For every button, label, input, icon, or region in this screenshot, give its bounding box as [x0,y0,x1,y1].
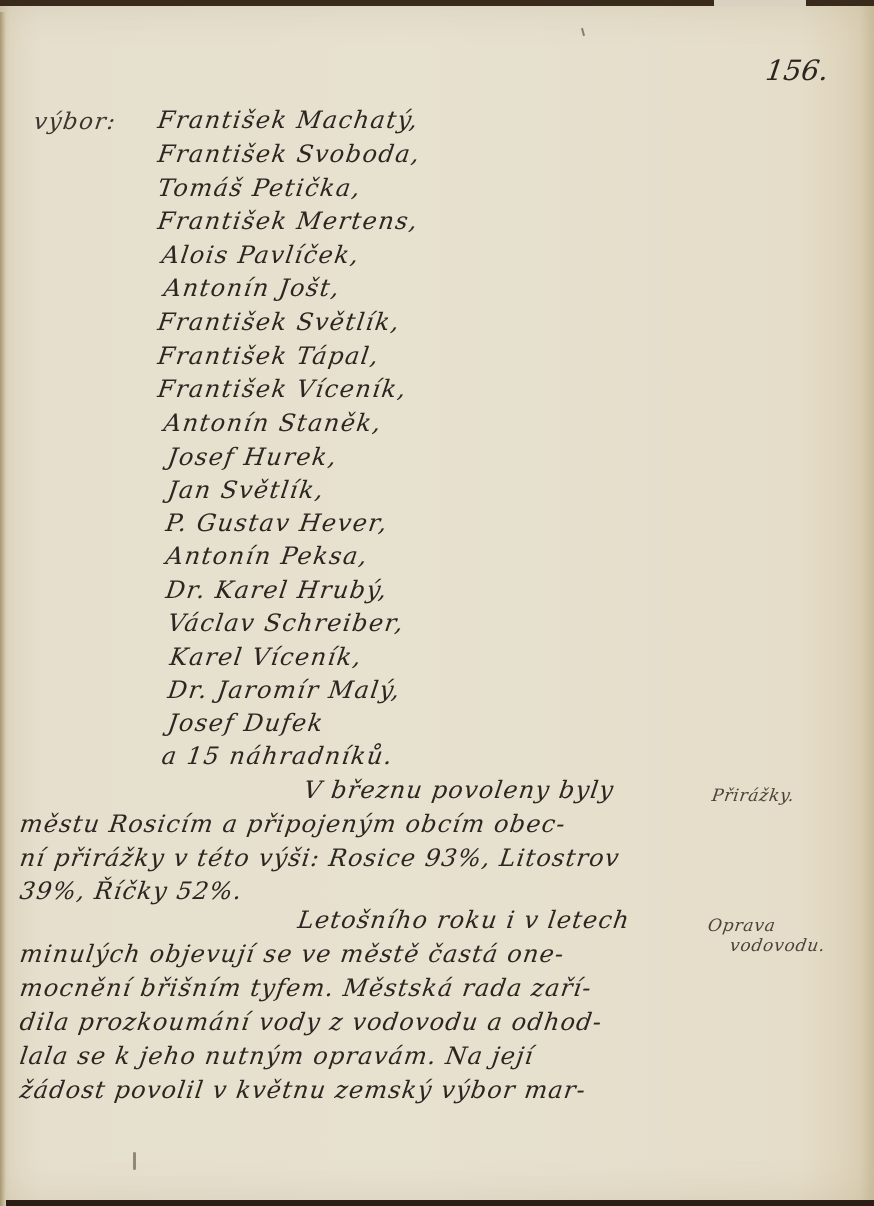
paragraph-line: lala se k jeho nutným opravám. Na její [18,1042,536,1070]
paragraph-line: ní přirážky v této výši: Rosice 93%, Lit… [18,844,622,872]
committee-member: Václav Schreiber, [166,609,406,637]
paragraph-line: 39%, Říčky 52%. [18,877,244,905]
committee-member: František Machatý, [156,106,421,134]
paragraph-line: žádost povolil v květnu zemský výbor mar… [18,1076,588,1104]
page-number: 156. [764,54,831,87]
margin-note-surcharges: Přirážky. [711,786,796,806]
paragraph-line: dila prozkoumání vody z vodovodu a odhod… [18,1008,604,1036]
paragraph-line: V březnu povoleny byly [302,776,616,804]
ink-speck [581,28,585,36]
committee-member: František Mertens, [156,207,420,235]
committee-member: František Víceník, [156,375,409,403]
committee-member: Josef Dufek [166,709,326,737]
committee-member: Dr. Karel Hrubý, [164,576,390,604]
committee-member: Antonín Peksa, [164,542,370,570]
committee-member: Dr. Jaromír Malý, [166,676,403,704]
committee-member: Antonín Jošt, [162,274,342,302]
paragraph-line: mocnění břišním tyfem. Městská rada zaří… [18,974,594,1002]
paragraph-line: minulých objevují se ve městě častá one- [18,940,566,968]
committee-member: František Svoboda, [156,140,422,168]
committee-member: Karel Víceník, [168,643,364,671]
substitutes-note: a 15 náhradníků. [160,742,395,770]
committee-member: Alois Pavlíček, [160,241,362,269]
paragraph-line: městu Rosicím a připojeným obcím obec- [18,810,568,838]
margin-note-water-repair: Oprava [707,916,777,936]
binding-edge [0,12,6,1200]
committee-member: František Světlík, [156,308,402,336]
committee-label: výbor: [32,109,118,135]
committee-member: Antonín Staněk, [162,409,384,437]
committee-member: Josef Hurek, [166,443,339,471]
committee-member: P. Gustav Hever, [164,509,390,537]
ink-mark [133,1152,136,1170]
chronicle-page: 156. výbor: František Machatý, František… [0,6,874,1200]
committee-member: Tomáš Petička, [156,174,363,202]
margin-note-water-repair-2: vodovodu. [729,936,827,956]
committee-member: Jan Světlík, [166,476,326,504]
committee-member: František Tápal, [156,342,381,370]
paragraph-line: Letošního roku i v letech [296,906,632,934]
